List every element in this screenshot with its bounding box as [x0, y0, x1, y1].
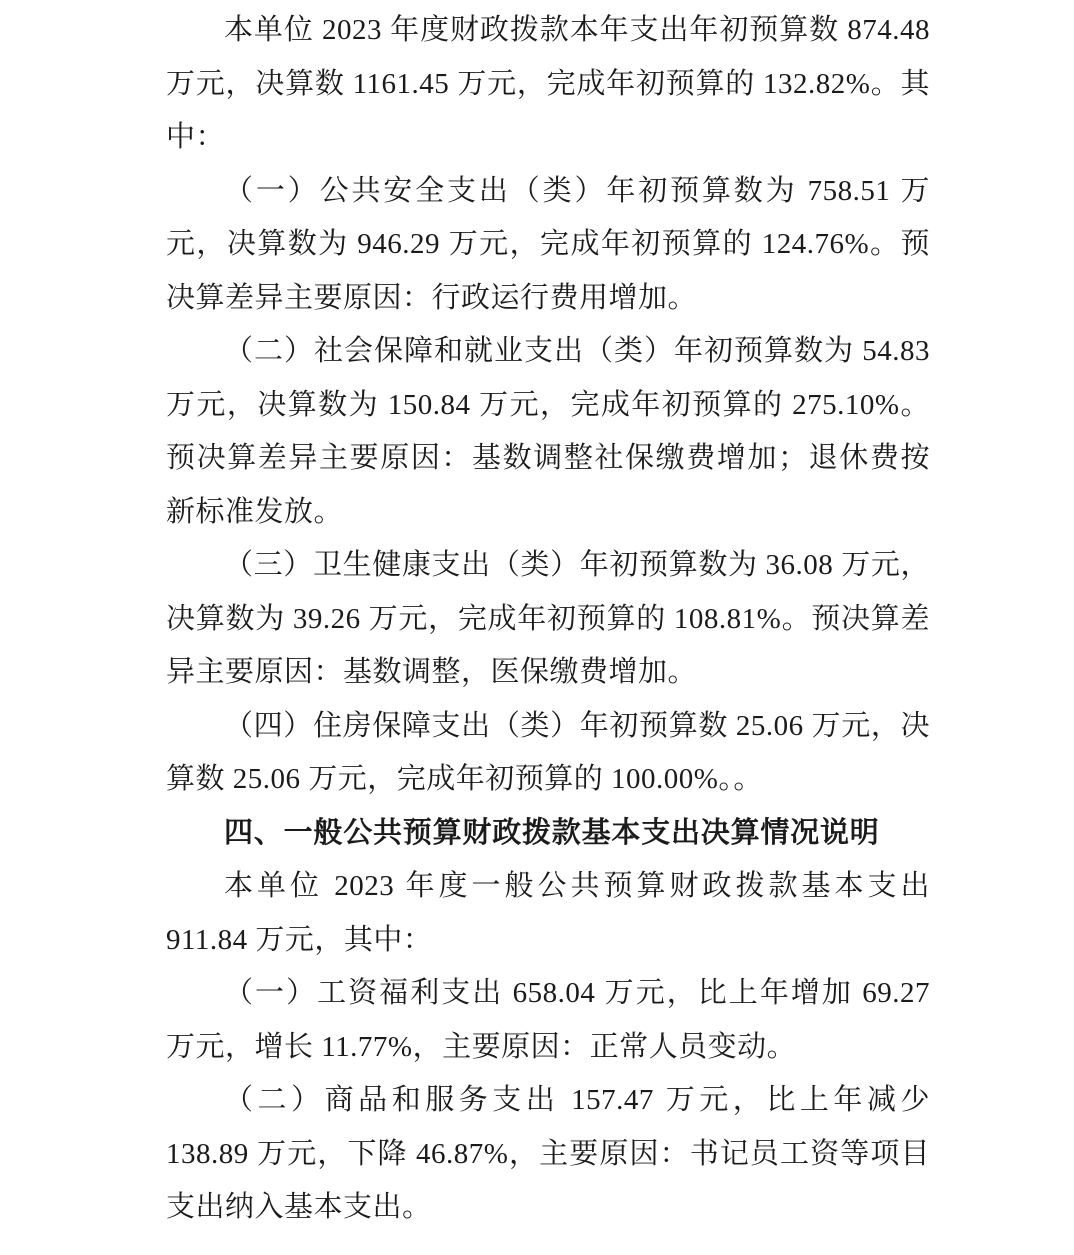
- document-body: 本单位 2023 年度财政拨款本年支出年初预算数 874.48 万元，决算数 1…: [166, 4, 930, 1235]
- paragraph: （一）工资福利支出 658.04 万元，比上年增加 69.27 万元，增长 11…: [166, 967, 930, 1074]
- document-page: 本单位 2023 年度财政拨款本年支出年初预算数 874.48 万元，决算数 1…: [0, 0, 1074, 1255]
- paragraph: 本单位 2023 年度财政拨款本年支出年初预算数 874.48 万元，决算数 1…: [166, 4, 930, 165]
- paragraph: （四）住房保障支出（类）年初预算数 25.06 万元，决算数 25.06 万元，…: [166, 700, 930, 807]
- paragraph: （三）卫生健康支出（类）年初预算数为 36.08 万元，决算数为 39.26 万…: [166, 539, 930, 700]
- paragraph: （一）公共安全支出（类）年初预算数为 758.51 万元，决算数为 946.29…: [166, 165, 930, 326]
- paragraph: （二）社会保障和就业支出（类）年初预算数为 54.83 万元，决算数为 150.…: [166, 325, 930, 539]
- paragraph: 本单位 2023 年度一般公共预算财政拨款基本支出 911.84 万元，其中：: [166, 860, 930, 967]
- section-heading: 四、一般公共预算财政拨款基本支出决算情况说明: [166, 807, 930, 861]
- paragraph: （二）商品和服务支出 157.47 万元，比上年减少 138.89 万元，下降 …: [166, 1074, 930, 1235]
